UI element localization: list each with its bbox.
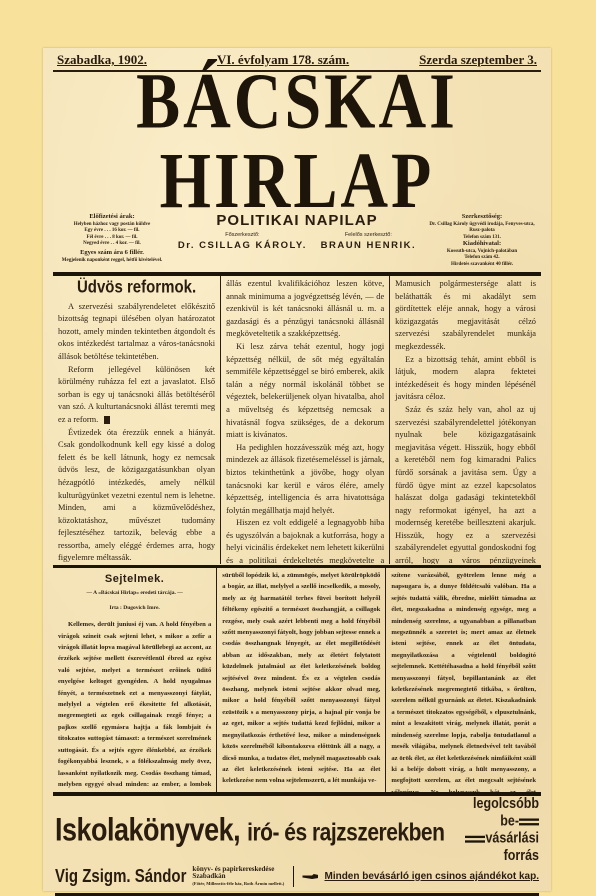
chief-editor: Főszerkesztő: Dr. CSILLAG KÁROLY. [178,232,307,251]
subscription-line: Negyed évre . . 4 kor. — fil. [53,241,171,248]
ad-headline-main: Iskolakönyvek, [55,811,240,847]
paragraph: Évtizedek óta érezzük ennek a hiányát. C… [58,427,215,564]
paragraph: Mamusich polgármestersége alatt is belát… [395,278,536,354]
paragraph: Ha pedighlen hozzávesszük még azt, hogy … [226,442,384,518]
editors: Főszerkesztő: Dr. CSILLAG KÁROLY. Felelő… [171,232,423,251]
paragraph: sürüből lopódzik ki, a zümmögés, melyet … [222,570,380,787]
ad-merchant-name: Vig Zsigm. Sándor [55,866,186,886]
ad-gift-text: Minden bevásárló igen csinos ajándékot k… [324,871,539,882]
lead-article: Üdvös reformok. A szervezési szabályrend… [53,276,541,564]
lead-column-1: Üdvös reformok. A szervezési szabályrend… [53,276,220,564]
responsible-editor-role: Felelős szerkesztő: [321,232,417,238]
feuilleton-column-3: szítene varázsából, gyötrelem lenne még … [385,568,541,792]
chief-editor-name: Dr. CSILLAG KÁROLY. [178,240,307,251]
newspaper-page: Szabadka, 1902. VI. évfolyam 178. szám. … [43,48,551,891]
paragraph: Ki lesz zárva tehát ezentul, hogy jogi k… [226,341,384,442]
paragraph: Reform jellegével különösen két körülmén… [58,364,215,427]
ad-shop-address: (Főtér, Millenvits-féle ház, Roth Ármin … [192,880,290,887]
ad-merchant-row: Vig Zsigm. Sándor könyv- és papirkereske… [55,866,539,887]
paragraph: állás ezentul kvalifikációhoz leszen köt… [226,278,384,341]
subscription-box: Előfizetési árak: Helyben házhoz vagy po… [53,214,171,265]
decorative-dash [465,835,485,842]
feuilleton: Sejtelmek. — A «Bácskai Hirlap» eredeti … [53,568,541,792]
pointing-hand-icon [302,874,318,879]
decorative-dash [519,818,539,825]
paragraph: A szervezési szabályrendeletet előkészit… [58,301,215,364]
paragraph-end-icon [104,416,110,424]
feuilleton-column-2: sürüből lopódzik ki, a zümmögés, melyet … [216,568,385,792]
paragraph: szítene varázsából, gyötrelem lenne még … [391,570,536,792]
lead-column-3: Mamusich polgármestersége alatt is belát… [389,276,541,564]
ad-tagline-2: vásárlási forrás [485,830,539,863]
ad-gift: Minden bevásárló igen csinos ajándékot k… [302,871,539,882]
paragraph: Száz és száz hely van, ahol az uj szerve… [395,404,536,564]
ad-headline: Iskolakönyvek, iró- és rajzszerekben [55,811,444,848]
feuilleton-author: Irta : Dugovich Imre. [58,603,211,614]
single-copy-price: Egyes szám ára 6 fillér. [53,250,171,257]
ad-headline-row: Iskolakönyvek, iró- és rajzszerekben leg… [55,800,539,860]
ad-headline-mid: iró- és rajzszerekben [247,819,444,847]
lead-column-2: állás ezentul kvalifikációhoz leszen köt… [220,276,389,564]
ad-shop-name: könyv- és papirkereskedése Szabadkán [192,866,290,880]
feuilleton-subtitle: — A «Bácskai Hirlap» eredeti tárcája. — [58,588,211,599]
paragraph: Kellemes, derült juniusi éj van. A hold … [58,619,211,792]
office-line: Hirdetés szavanként 40 fillér. [423,262,541,269]
advertisement: Iskolakönyvek, iró- és rajzszerekben leg… [53,792,541,896]
publication-note: Megjelenik naponként reggel, hétfő kivét… [53,258,171,265]
responsible-editor: Felelős szerkesztő: BRAUN HENRIK. [321,232,417,251]
lead-article-title: Üdvös reformok. [58,281,215,295]
feuilleton-column-1: Sejtelmek. — A «Bácskai Hirlap» eredeti … [53,568,216,792]
feuilleton-title: Sejtelmek. [58,574,211,585]
chief-editor-role: Főszerkesztő: [178,232,307,238]
paragraph: Ez a bizottság tehát, amint ebből is lát… [395,354,536,404]
ad-tagline: legolcsóbb be- vásárlási forrás [452,796,539,865]
office-line: Dr. Csillag Károly ügyvédi irodája, Feny… [423,222,541,235]
masthead-title: BÁCSKAI HIRLAP [53,63,541,221]
office-box: Szerkesztőség: Dr. Csillag Károly ügyvéd… [423,214,541,268]
ad-shop: könyv- és papirkereskedése Szabadkán (Fő… [192,866,294,887]
publisher-title: Kiadóhivatal: [423,241,541,248]
responsible-editor-name: BRAUN HENRIK. [321,240,417,251]
paragraph: Hiszen ez volt eddigelé a legnagyobb hib… [226,517,384,564]
